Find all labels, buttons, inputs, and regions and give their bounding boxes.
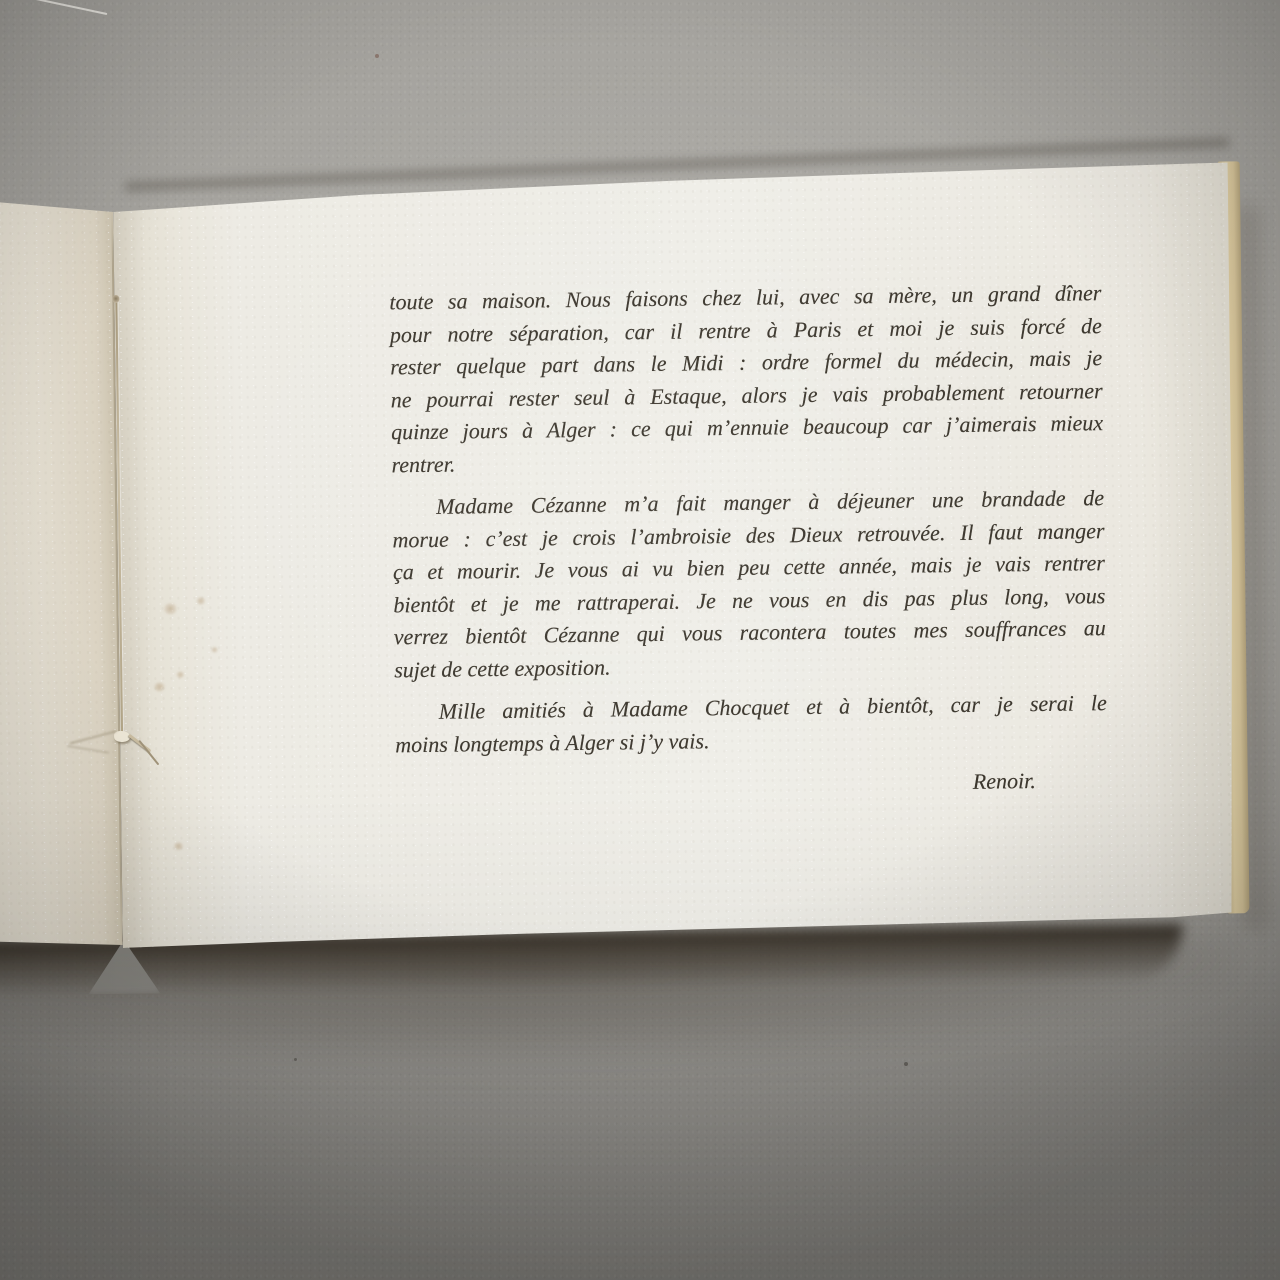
foxing-spot (196, 597, 205, 605)
dust-speck (904, 1062, 908, 1066)
right-page: toute sa maison. Nous faisons chez lui, … (113, 159, 1243, 958)
foxing-spot (176, 671, 184, 678)
left-page (0, 187, 123, 958)
dust-speck (375, 54, 379, 58)
signature-text: Renoir. (973, 768, 1036, 794)
foxing-spot (211, 647, 218, 653)
letter-paragraph: Madame Cézanne m’a fait manger à déjeune… (392, 482, 1106, 686)
letter-paragraphs: toute sa maison. Nous faisons chez lui, … (389, 277, 1107, 761)
letter-text-block: toute sa maison. Nous faisons chez lui, … (389, 277, 1108, 806)
foxing-spot (173, 842, 183, 850)
letter-paragraph: toute sa maison. Nous faisons chez lui, … (389, 277, 1103, 481)
open-booklet: toute sa maison. Nous faisons chez lui, … (0, 180, 1280, 999)
letter-paragraph: Mille amitiés à Madame Chocquet et à bie… (395, 687, 1108, 761)
photo-scene: toute sa maison. Nous faisons chez lui, … (0, 0, 1280, 1280)
stitch-hole-top (112, 295, 119, 303)
signature: Renoir. (396, 764, 1108, 806)
foxing-spot (153, 682, 165, 691)
foxing-spot (163, 603, 177, 614)
